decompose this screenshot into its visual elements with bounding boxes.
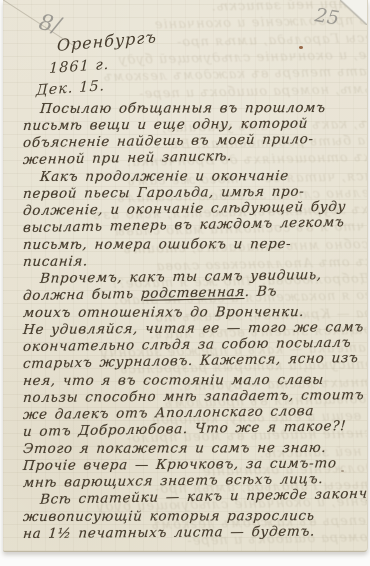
- folded-corner: [340, 0, 367, 25]
- manuscript-line: на 1½ печатныхъ листа — будетъ.: [22, 523, 363, 543]
- foxing-speck: [341, 470, 344, 472]
- heading-place: Оренбургъ: [57, 27, 157, 55]
- foxing-speck: [27, 297, 30, 300]
- heading-date: Дек. 15.: [36, 78, 106, 99]
- foxing-speck: [299, 46, 303, 49]
- letter-page: Посылаю обѣщанныя въ прошломъписьмѣ вещи…: [3, 0, 368, 552]
- page-number-pencil: 25: [313, 4, 340, 30]
- manuscript-scan: Посылаю обѣщанныя въ прошломъписьмѣ вещи…: [0, 0, 370, 566]
- letter-body: Посылаю обѣщанныя въ прошломъписьмѣ вещи…: [23, 101, 363, 543]
- bleedthrough-line: объясненіе найдешь въ моей прило-: [3, 0, 367, 2]
- underlined-word: родственная: [140, 284, 245, 302]
- heading-year: 1861 г.: [49, 57, 110, 77]
